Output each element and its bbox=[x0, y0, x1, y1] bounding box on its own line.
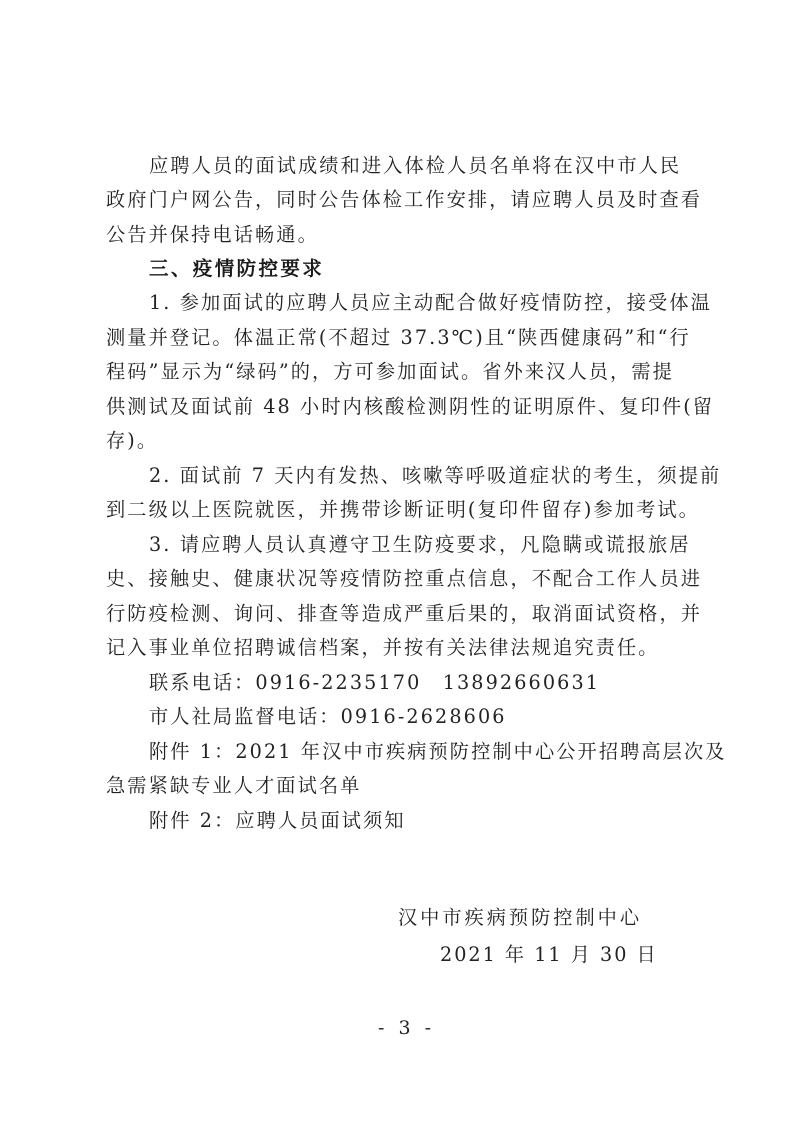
attachment-line: 急需紧缺专业人才面试名单 bbox=[106, 771, 696, 801]
paragraph-line: 到二级以上医院就医，并携带诊断证明(复印件留存)参加考试。 bbox=[106, 495, 696, 525]
supervision-phone-line: 市人社局监督电话：0916-2628606 bbox=[149, 702, 739, 732]
page-number: - 3 - bbox=[378, 1014, 435, 1042]
signature-date: 2021 年 11 月 30 日 bbox=[440, 940, 658, 970]
section-heading: 三、疫情防控要求 bbox=[149, 254, 739, 284]
paragraph-line: 记入事业单位招聘诚信档案，并按有关法律法规追究责任。 bbox=[106, 633, 696, 663]
paragraph-line: 公告并保持电话畅通。 bbox=[106, 220, 696, 250]
paragraph-line: 2. 面试前 7 天内有发热、咳嗽等呼吸道症状的考生，须提前 bbox=[149, 461, 739, 491]
paragraph-line: 供测试及面试前 48 小时内核酸检测阴性的证明原件、复印件(留 bbox=[106, 392, 696, 422]
paragraph-line: 程码”显示为“绿码”的，方可参加面试。省外来汉人员，需提 bbox=[106, 357, 696, 387]
document-page: 应聘人员的面试成绩和进入体检人员名单将在汉中市人民 政府门户网公告，同时公告体检… bbox=[0, 0, 793, 1122]
attachment-line: 附件 2：应聘人员面试须知 bbox=[149, 806, 739, 836]
paragraph-line: 史、接触史、健康状况等疫情防控重点信息，不配合工作人员进 bbox=[106, 564, 696, 594]
paragraph-line: 政府门户网公告，同时公告体检工作安排，请应聘人员及时查看 bbox=[106, 185, 696, 215]
attachment-line: 附件 1：2021 年汉中市疾病预防控制中心公开招聘高层次及 bbox=[149, 737, 739, 767]
paragraph-line: 测量并登记。体温正常(不超过 37.3℃)且“陕西健康码”和“行 bbox=[106, 323, 696, 353]
paragraph-line: 行防疫检测、询问、排查等造成严重后果的，取消面试资格，并 bbox=[106, 599, 696, 629]
signature-organization: 汉中市疾病预防控制中心 bbox=[398, 903, 642, 933]
paragraph-line: 3. 请应聘人员认真遵守卫生防疫要求，凡隐瞒或谎报旅居 bbox=[149, 530, 739, 560]
paragraph-line: 存)。 bbox=[106, 426, 696, 456]
paragraph-line: 1. 参加面试的应聘人员应主动配合做好疫情防控，接受体温 bbox=[149, 288, 739, 318]
contact-phone-line: 联系电话：0916-2235170 13892660631 bbox=[149, 668, 739, 698]
paragraph-line: 应聘人员的面试成绩和进入体检人员名单将在汉中市人民 bbox=[149, 151, 739, 181]
